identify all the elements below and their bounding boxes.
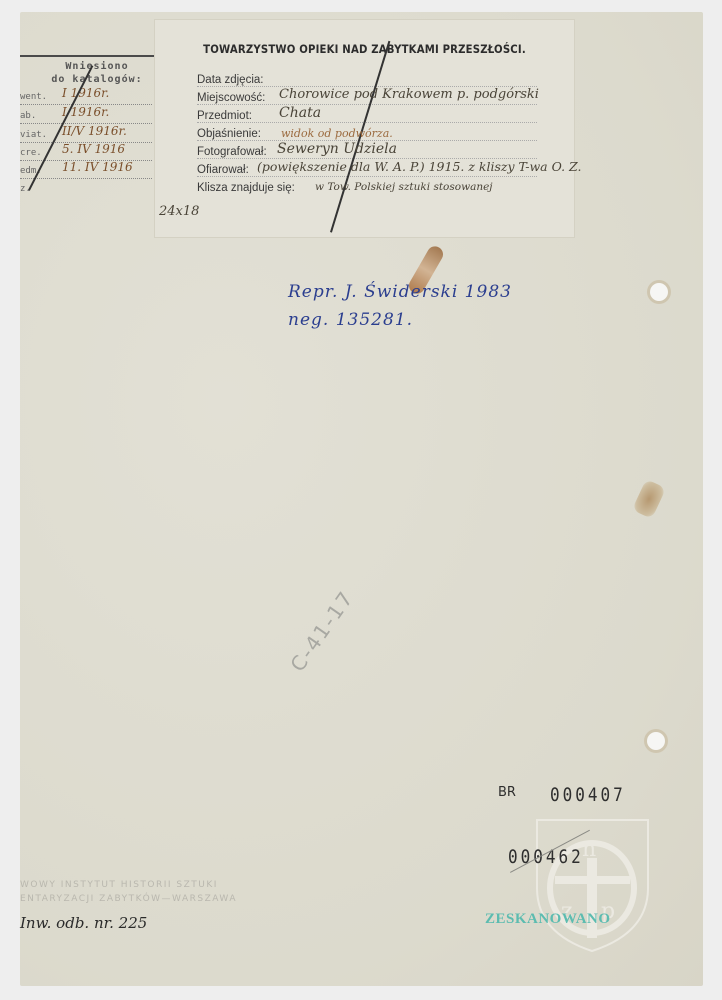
- stamp-row-label: viat.: [20, 130, 47, 140]
- field-label: Objaśnienie:: [197, 128, 263, 140]
- stamp-row-value: II/V 1916r.: [62, 124, 127, 138]
- br-number: 000407: [550, 784, 626, 806]
- field-label: Ofiarował:: [197, 164, 251, 176]
- dotted-line: [197, 176, 537, 177]
- stamp-row-value: 5. IV 1916: [62, 142, 125, 156]
- stamp-title-line2: do katalogów:: [42, 73, 152, 86]
- field-negative-location: Klisza znajduje się: w Tow. Polskiej szt…: [197, 182, 567, 198]
- field-value: Seweryn Udziela: [277, 141, 397, 157]
- institute-stamp-line2: ENTARYZACJI ZABYTKÓW—WARSZAWA: [20, 894, 237, 904]
- field-label: Miejscowość:: [197, 92, 267, 104]
- pencil-code: C-41-17: [285, 586, 358, 676]
- field-label: Klisza znajduje się:: [197, 182, 297, 194]
- field-label: Fotografował:: [197, 146, 269, 158]
- label-title: TOWARZYSTWO OPIEKI NAD ZABYTKAMI PRZESZŁ…: [180, 42, 549, 56]
- punch-hole: [647, 732, 665, 750]
- inventory-number: Inw. odb. nr. 225: [20, 914, 147, 932]
- negative-number: neg. 135281.: [288, 310, 413, 330]
- stamp-row: ab.I 1916r.: [20, 111, 152, 124]
- stamp-row-label: went.: [20, 92, 47, 102]
- stamp-row-label: ab.: [20, 111, 36, 121]
- field-label: Data zdjęcia:: [197, 74, 265, 86]
- catalog-stamp: Wniesiono do katalogów: went.I 1916r. ab…: [20, 55, 157, 197]
- field-location: Miejscowość: Chorowice pod Krakowem p. p…: [197, 92, 567, 108]
- punch-hole: [650, 283, 668, 301]
- field-donated: Ofiarował: (powiększenie dla W. A. P.) 1…: [197, 164, 567, 180]
- catalog-number: 000462: [508, 846, 584, 868]
- dotted-line: [197, 104, 537, 105]
- stamp-row: went.I 1916r.: [20, 92, 152, 105]
- field-value: Chata: [279, 105, 321, 121]
- institute-stamp-line1: WOWY INSTYTUT HISTORII SZTUKI: [20, 880, 218, 890]
- field-value: (powiększenie dla W. A. P.) 1915. z klis…: [257, 159, 582, 174]
- stamp-row-value: 11. IV 1916: [62, 160, 133, 174]
- reproduction-note: Repr. J. Świderski 1983: [288, 282, 512, 302]
- stamp-row-value: I 1916r.: [62, 86, 109, 100]
- field-value: w Tow. Polskiej sztuki stosowanej: [315, 181, 493, 193]
- size-note: 24x18: [159, 204, 199, 219]
- society-label: TOWARZYSTWO OPIEKI NAD ZABYTKAMI PRZESZŁ…: [155, 20, 574, 237]
- stamp-row-label: cre.: [20, 148, 42, 158]
- br-label: BR: [498, 785, 516, 800]
- stamp-title-line1: Wniesiono: [42, 60, 152, 73]
- stamp-title: Wniesiono do katalogów:: [42, 60, 152, 86]
- field-label: Przedmiot:: [197, 110, 254, 122]
- archival-card-back: Wniesiono do katalogów: went.I 1916r. ab…: [20, 12, 703, 986]
- glue-stain: [632, 479, 666, 519]
- field-subject: Przedmiot: Chata: [197, 110, 567, 126]
- field-value: Chorowice pod Krakowem p. podgórski: [279, 87, 539, 102]
- dotted-line: [197, 122, 537, 123]
- scanned-stamp: ZESKANOWANO: [485, 911, 611, 928]
- stamp-row: z.: [20, 184, 152, 196]
- institute-emblem-watermark: n z p: [535, 818, 650, 953]
- field-value: widok od podwórza.: [281, 127, 393, 140]
- svg-text:n: n: [582, 837, 596, 862]
